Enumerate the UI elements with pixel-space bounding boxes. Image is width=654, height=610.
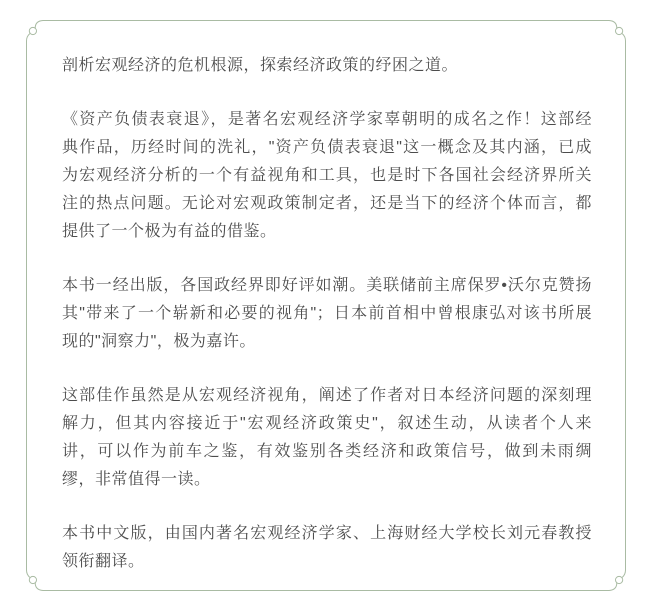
corner-curl-circle-bottom-right [616, 576, 623, 583]
text-line: 讲，可以作为前车之鉴，有效鉴别各类经济和政策信号，做到未雨绸 [62, 438, 592, 466]
text-line: 提供了一个极为有益的借鉴。 [62, 218, 592, 246]
text-line: 典作品，历经时间的洗礼，"资产负债表衰退"这一概念及其内涵，已成 [62, 134, 592, 162]
text-line: 剖析宏观经济的危机根源，探索经济政策的纾困之道。 [62, 52, 592, 80]
text-line: 本书中文版，由国内著名宏观经济学家、上海财经大学校长刘元春教授 [62, 520, 592, 548]
text-line: 现的"洞察力"，极为嘉许。 [62, 328, 592, 356]
text-line: 解力，但其内容接近于"宏观经济政策史"，叙述生动，从读者个人来 [62, 410, 592, 438]
page: 剖析宏观经济的危机根源，探索经济政策的纾困之道。《资产负债表衰退》，是著名宏观经… [0, 0, 654, 610]
text-line: 其"带来了一个崭新和必要的视角"；日本前首相中曾根康弘对该书所展 [62, 300, 592, 328]
paragraph-5: 本书中文版，由国内著名宏观经济学家、上海财经大学校长刘元春教授领衔翻译。 [62, 520, 592, 576]
text-line: 领衔翻译。 [62, 548, 592, 576]
text-line: 为宏观经济分析的一个有益视角和工具，也是时下各国社会经济界所关 [62, 162, 592, 190]
corner-curl-circle-top-right [616, 27, 623, 34]
paragraph-3: 本书一经出版，各国政经界即好评如潮。美联储前主席保罗•沃尔克赞扬其"带来了一个崭… [62, 272, 592, 356]
corner-curl-bottom-left [27, 570, 44, 591]
corner-curl-circle-bottom-left [29, 576, 36, 583]
corner-curl-bottom-right [609, 570, 626, 591]
text-line: 《资产负债表衰退》，是著名宏观经济学家辜朝明的成名之作！这部经 [62, 106, 592, 134]
paragraph-4: 这部佳作虽然是从宏观经济视角，阐述了作者对日本经济问题的深刻理解力，但其内容接近… [62, 382, 592, 494]
paragraph-1: 剖析宏观经济的危机根源，探索经济政策的纾困之道。 [62, 52, 592, 80]
corner-curl-top-left [27, 21, 44, 42]
text-line: 这部佳作虽然是从宏观经济视角，阐述了作者对日本经济问题的深刻理 [62, 382, 592, 410]
text-line: 本书一经出版，各国政经界即好评如潮。美联储前主席保罗•沃尔克赞扬 [62, 272, 592, 300]
text-line: 缪，非常值得一读。 [62, 466, 592, 494]
text-line: 注的热点问题。无论对宏观政策制定者，还是当下的经济个体而言，都 [62, 190, 592, 218]
corner-curl-top-right [609, 21, 626, 42]
corner-curl-circle-top-left [29, 27, 36, 34]
paragraph-2: 《资产负债表衰退》，是著名宏观经济学家辜朝明的成名之作！这部经典作品，历经时间的… [62, 106, 592, 246]
book-description: 剖析宏观经济的危机根源，探索经济政策的纾困之道。《资产负债表衰退》，是著名宏观经… [62, 52, 592, 576]
